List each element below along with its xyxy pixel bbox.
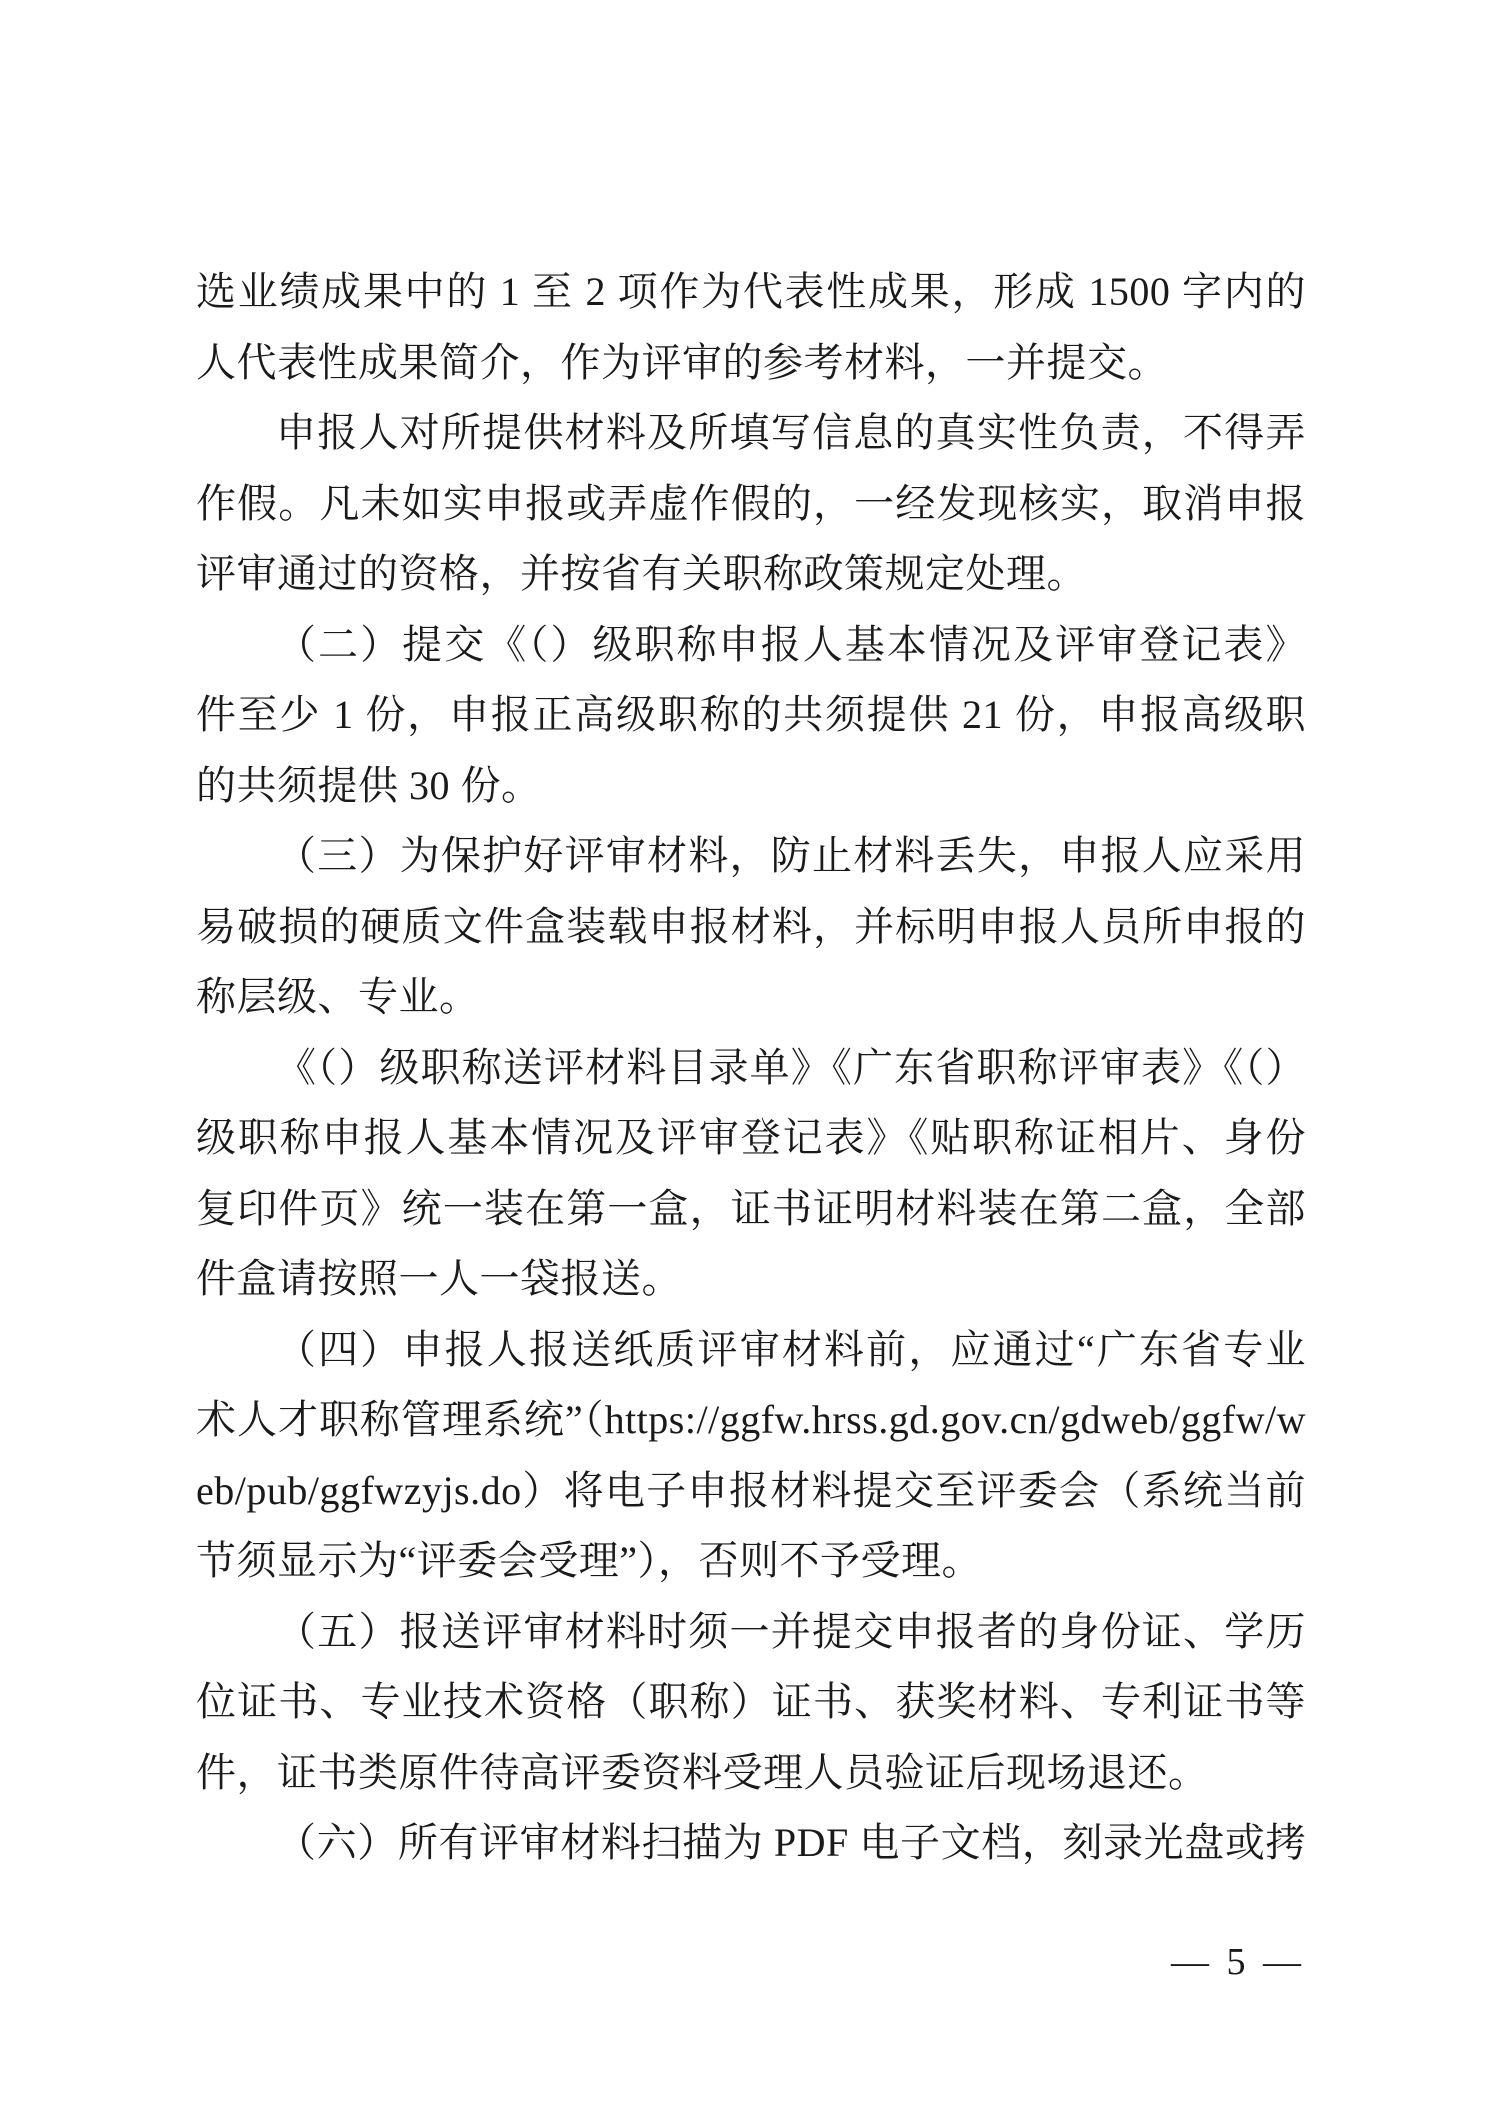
text-line: 的共须提供 30 份。	[196, 751, 1306, 822]
text-line: 申报人对所提供材料及所填写信息的真实性负责，不得弄虚	[196, 398, 1306, 469]
text-line: 作假。凡未如实申报或弄虚作假的，一经发现核实，取消申报及	[196, 469, 1306, 540]
text-line: 件，证书类原件待高评委资料受理人员验证后现场退还。	[196, 1738, 1306, 1809]
document-body-text: 选业绩成果中的 1 至 2 项作为代表性成果，形成 1500 字内的个 人代表性…	[196, 257, 1306, 1879]
text-line: 节须显示为“评委会受理”），否则不予受理。	[196, 1526, 1306, 1597]
text-line: 选业绩成果中的 1 至 2 项作为代表性成果，形成 1500 字内的个	[196, 257, 1306, 328]
text-line: （四）申报人报送纸质评审材料前，应通过“广东省专业技	[196, 1315, 1306, 1386]
text-line: （三）为保护好评审材料，防止材料丢失，申报人应采用不	[196, 821, 1306, 892]
text-line: 术人才职称管理系统”（https://ggfw.hrss.gd.gov.cn/g…	[196, 1385, 1306, 1456]
text-line: 易破损的硬质文件盒装载申报材料，并标明申报人员所申报的职	[196, 892, 1306, 963]
text-line: 《（）级职称送评材料目录单》《广东省职称评审表》《（）	[196, 1033, 1306, 1104]
text-line: （二）提交《（）级职称申报人基本情况及评审登记表》原	[196, 610, 1306, 681]
text-line: 级职称申报人基本情况及评审登记表》《贴职称证相片、身份证	[196, 1103, 1306, 1174]
text-line: 复印件页》统一装在第一盒，证书证明材料装在第二盒，全部文	[196, 1174, 1306, 1245]
text-line: eb/pub/ggfwzyjs.do）将电子申报材料提交至评委会（系统当前环	[196, 1456, 1306, 1527]
text-line: （六）所有评审材料扫描为 PDF 电子文档，刻录光盘或拷	[196, 1808, 1306, 1879]
text-line: 人代表性成果简介，作为评审的参考材料，一并提交。	[196, 328, 1306, 399]
text-line: 位证书、专业技术资格（职称）证书、获奖材料、专利证书等原	[196, 1667, 1306, 1738]
text-line: 件至少 1 份，申报正高级职称的共须提供 21 份，申报高级职称	[196, 680, 1306, 751]
text-line: （五）报送评审材料时须一并提交申报者的身份证、学历学	[196, 1597, 1306, 1668]
text-line: 称层级、专业。	[196, 962, 1306, 1033]
page-number: — 5 —	[1171, 1938, 1305, 1986]
text-line: 件盒请按照一人一袋报送。	[196, 1244, 1306, 1315]
document-page: 选业绩成果中的 1 至 2 项作为代表性成果，形成 1500 字内的个 人代表性…	[0, 0, 1497, 2118]
text-line: 评审通过的资格，并按省有关职称政策规定处理。	[196, 539, 1306, 610]
